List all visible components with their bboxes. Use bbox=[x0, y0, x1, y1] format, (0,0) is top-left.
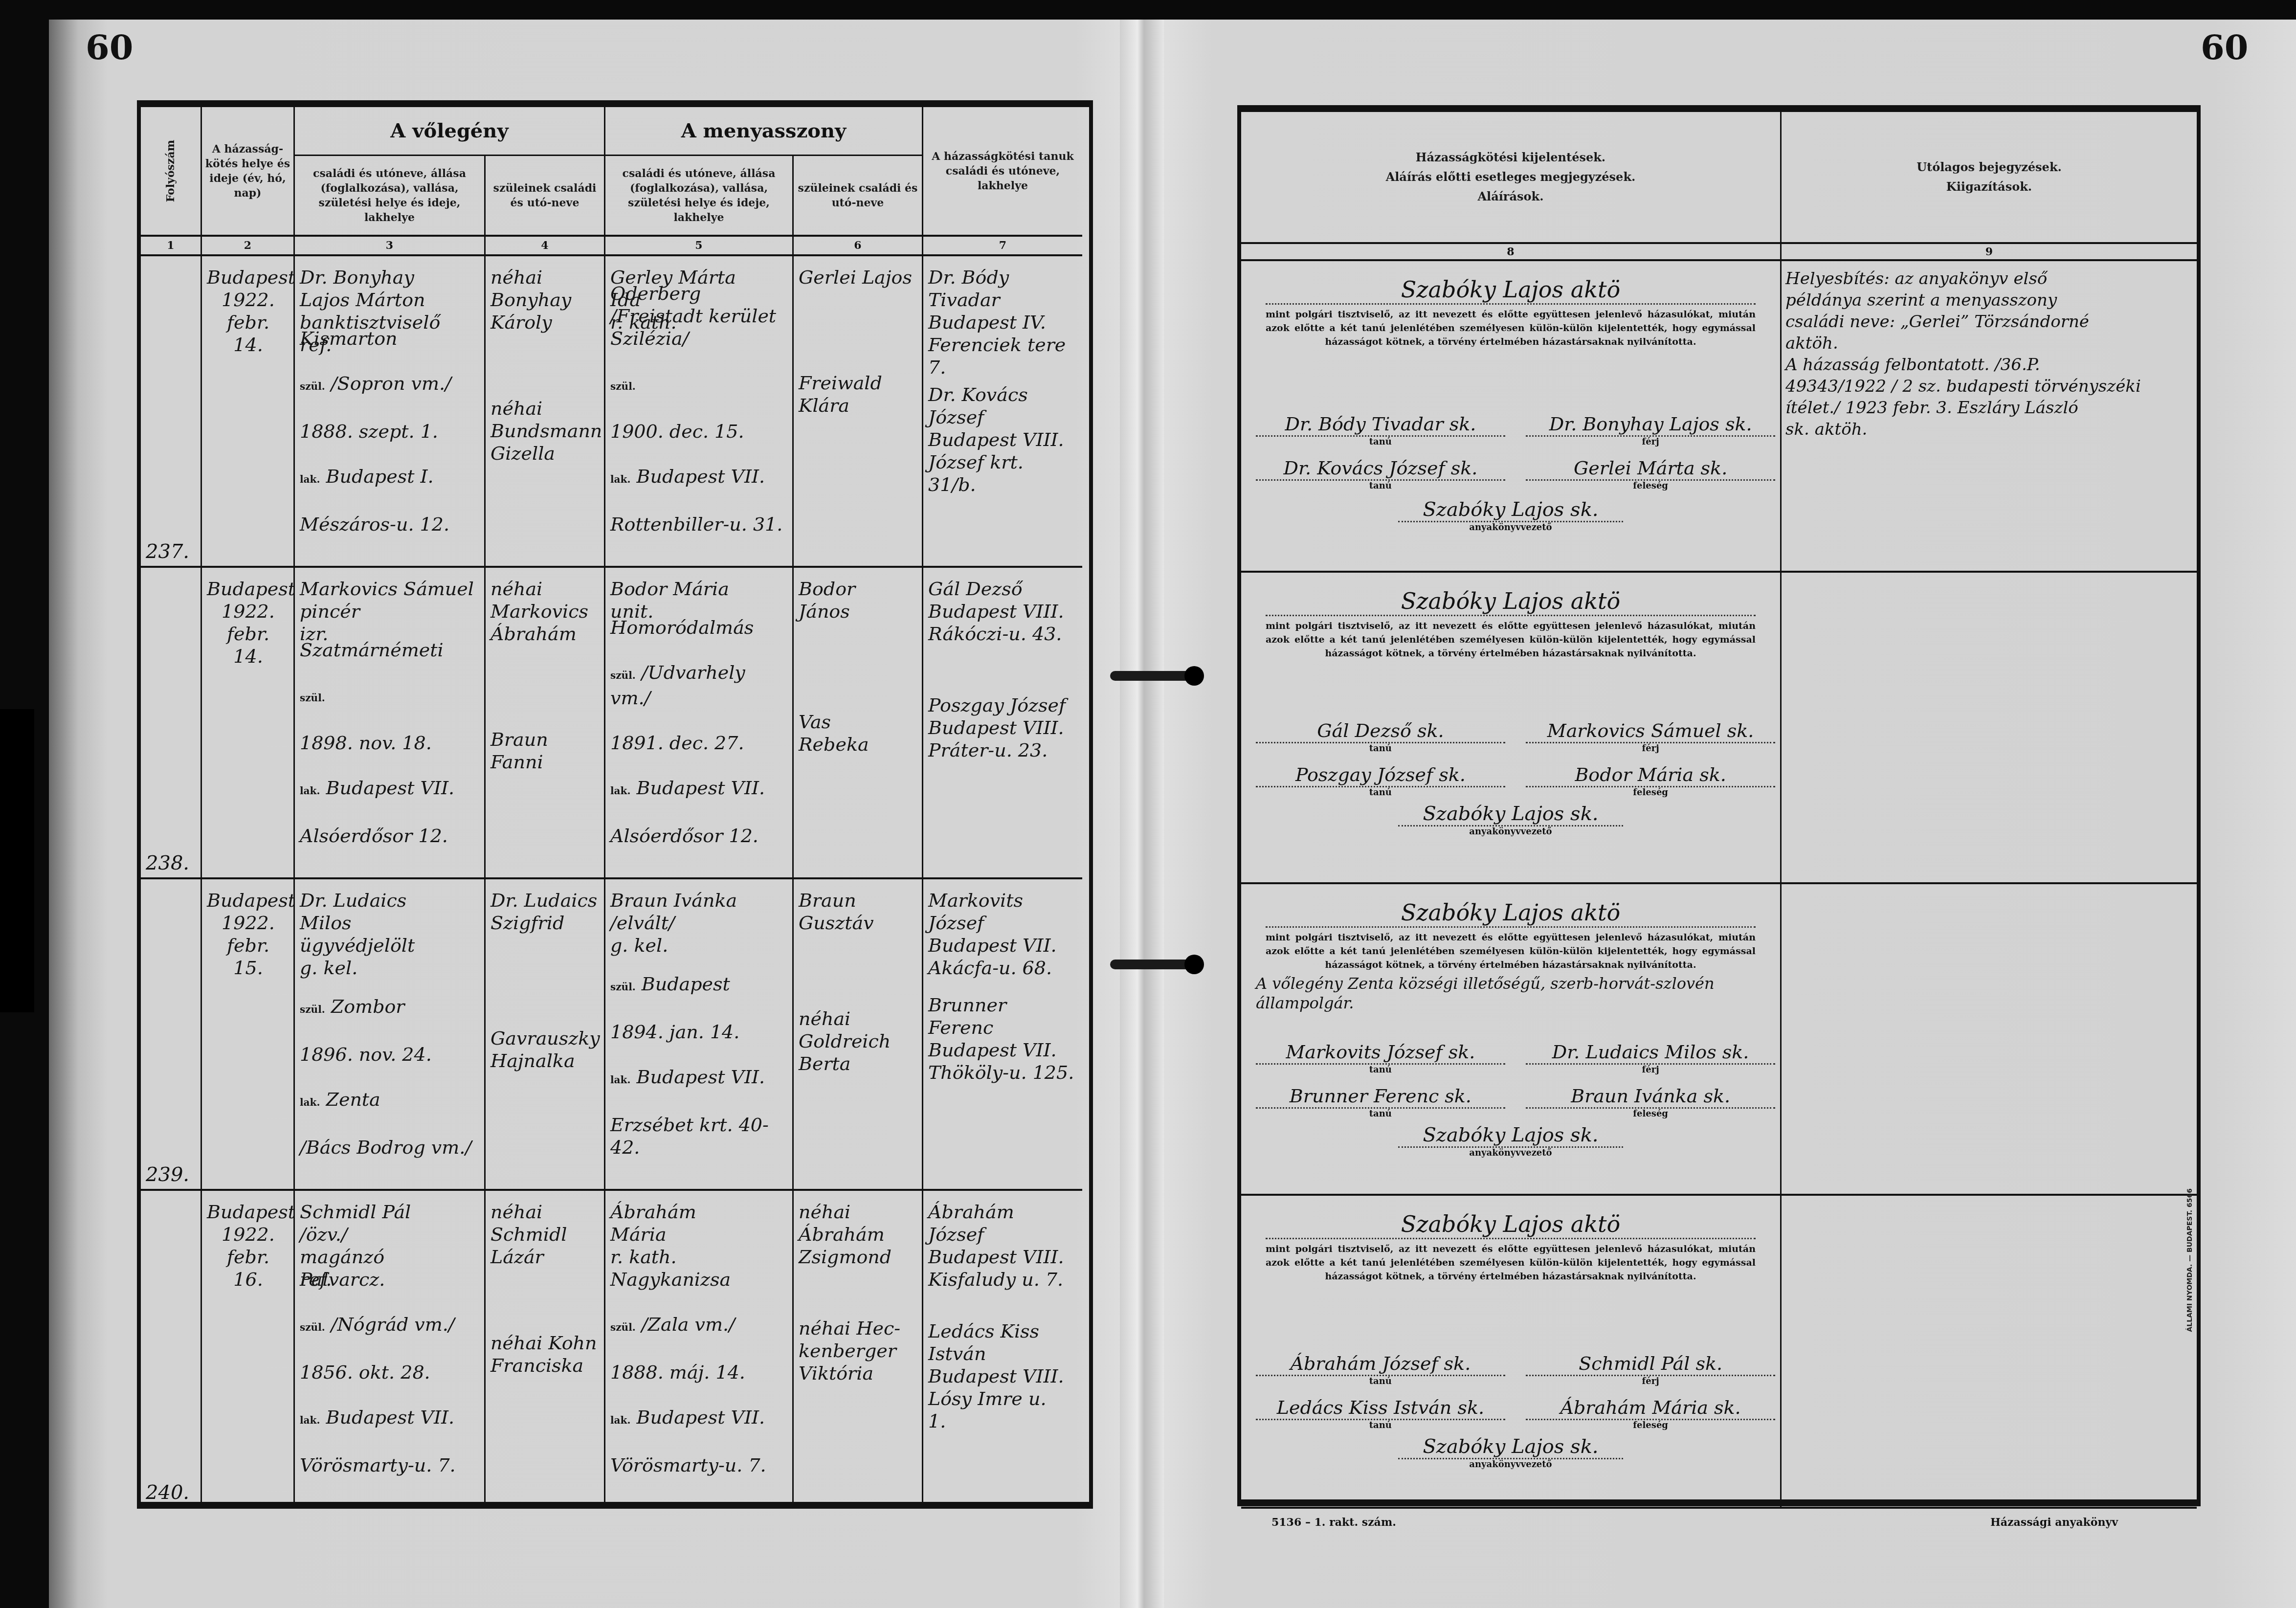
groom-details: Dr. Ludaics Milos ügyvédjelölt g. kel. s… bbox=[295, 879, 486, 1191]
header-declarations: Házasságkötési kijelentések. Aláírás elő… bbox=[1241, 112, 1782, 244]
bride-birth-residence: Oderberg /Freistadt kerület Szilézia/ sz… bbox=[610, 260, 789, 558]
header-place-date: A házasság-kötés helye és ideje (év, hó,… bbox=[202, 107, 295, 237]
groom-details: Dr. Bonyhay Lajos Márton banktisztviselő… bbox=[295, 256, 486, 568]
registrar-signature: Szabóky Lajos sk.anyakönyvvezető bbox=[1241, 1124, 1780, 1158]
bride-parents: néhai Ábrahám Zsigmond néhai Hec- kenber… bbox=[794, 1191, 923, 1509]
binding-thread-top bbox=[1110, 671, 1198, 681]
groom-father: Dr. Ludaics Szigfrid bbox=[486, 879, 604, 934]
bride-details: Gerley Márta Ida r. kath. Oderberg /Frei… bbox=[605, 256, 794, 568]
witness-signature: Markovits József sk.tanú bbox=[1256, 1041, 1505, 1075]
book-edge-shadow bbox=[0, 709, 34, 1012]
bride-mother: néhai Hec- kenberger Viktória bbox=[794, 1268, 922, 1385]
bride-mother: néhai Goldreich Berta bbox=[794, 934, 922, 1075]
entry-number-cell: 238. bbox=[141, 568, 202, 879]
groom-birth-residence: Palvarcz. szül. /Nógrád vm./ 1856. okt. … bbox=[300, 1246, 481, 1499]
witness-signature: Brunner Ferenc sk.tanú bbox=[1256, 1085, 1505, 1119]
registrar-signature: Szabóky Lajos sk.anyakönyvvezető bbox=[1241, 1435, 1780, 1470]
declaration-note: A vőlegény Zenta községi illetőségű, sze… bbox=[1256, 974, 1765, 1013]
groom-parents: néhai Bonyhay Károly néhai Bundsmann Giz… bbox=[486, 256, 605, 568]
column-number: 8 bbox=[1241, 244, 1782, 261]
bride-parents: Gerlei Lajos Freiwald Klára bbox=[794, 256, 923, 568]
header-bride-title: A menyasszony bbox=[605, 107, 922, 156]
header-bride-parents: szüleinek családi és utó-neve bbox=[794, 156, 922, 235]
witness-1: Ábrahám József Budapest VIII. Kisfaludy … bbox=[923, 1191, 1082, 1291]
witness-2: Dr. Kovács József Budapest VIII. József … bbox=[923, 379, 1082, 496]
entry-number-cell: 240. bbox=[141, 1191, 202, 1509]
header-witnesses: A házasságkötési tanuk családi és utónev… bbox=[923, 107, 1082, 237]
place-date: Budapest 1922. febr. 16. bbox=[202, 1191, 295, 1509]
column-number: 5 bbox=[605, 237, 794, 256]
officer-name: Szabóky Lajos aktö bbox=[1266, 1210, 1756, 1239]
entry-number: 239. bbox=[146, 1163, 189, 1186]
groom-mother: néhai Kohn Franciska bbox=[486, 1268, 604, 1377]
declaration-text: mint polgári tisztviselő, az itt nevezet… bbox=[1266, 308, 1756, 349]
witness-2: Poszgay József Budapest VIII. Práter-u. … bbox=[923, 645, 1082, 761]
groom-parents: néhai Markovics Ábrahám Braun Fanni bbox=[486, 568, 605, 879]
later-entry: Helyesbítés: az anyakönyv első példánya … bbox=[1782, 261, 2197, 573]
header-groom-parents: szüleinek családi és utó-neve bbox=[486, 156, 604, 235]
bride-name-religion: Braun Ivánka /elvált/ g. kel. bbox=[605, 879, 792, 957]
groom-mother: Gavrauszky Hajnalka bbox=[486, 934, 604, 1072]
entry-number-cell: 239. bbox=[141, 879, 202, 1191]
column-number: 6 bbox=[794, 237, 923, 256]
officer-name: Szabóky Lajos aktö bbox=[1266, 899, 1756, 928]
groom-mother: Braun Fanni bbox=[486, 645, 604, 773]
officer-name: Szabóky Lajos aktö bbox=[1266, 276, 1756, 305]
declaration-text: mint polgári tisztviselő, az itt nevezet… bbox=[1266, 1242, 1756, 1283]
bride-father: Bodor János bbox=[794, 568, 922, 623]
book-title: Házassági anyakönyv bbox=[1990, 1516, 2118, 1529]
witnesses: Markovits József Budapest VII. Akácfa-u.… bbox=[923, 879, 1082, 1191]
header-groom-title: A vőlegény bbox=[295, 107, 604, 156]
witness-2: Ledács Kiss István Budapest VIII. Lósy I… bbox=[923, 1291, 1082, 1432]
declaration-text: mint polgári tisztviselő, az itt nevezet… bbox=[1266, 619, 1756, 660]
form-number: 5136 – 1. rakt. szám. bbox=[1271, 1516, 1396, 1529]
entry-number-cell: 237. bbox=[141, 256, 202, 568]
groom-mother: néhai Bundsmann Gizella bbox=[486, 334, 604, 465]
place-date: Budapest 1922. febr. 15. bbox=[202, 879, 295, 1191]
place-date: Budapest 1922. febr. 14. bbox=[202, 568, 295, 879]
groom-birth-residence: Kismarton szül. /Sopron vm./ 1888. szept… bbox=[300, 305, 481, 558]
marriage-register-table: Folyószám A házasság-kötés helye és idej… bbox=[137, 100, 1093, 1509]
witness-2: Brunner Ferenc Budapest VII. Thököly-u. … bbox=[923, 979, 1082, 1084]
bride-mother: Vas Rebeka bbox=[794, 623, 922, 756]
header-groom-group: A vőlegény családi és utóneve, állása (f… bbox=[295, 107, 605, 237]
header-groom-details: családi és utóneve, állása (foglalkozása… bbox=[295, 156, 486, 235]
witnesses: Gál Dezső Budapest VIII. Rákóczi-u. 43. … bbox=[923, 568, 1082, 879]
header-bride-group: A menyasszony családi és utóneve, állása… bbox=[605, 107, 923, 237]
husband-signature: Dr. Ludaics Milos sk.férj bbox=[1526, 1041, 1775, 1075]
bride-birth-residence: Homoródalmás szül. /Udvarhely vm./ 1891.… bbox=[610, 594, 789, 870]
column-number: 7 bbox=[923, 237, 1082, 256]
declaration-cell: Szabóky Lajos aktö mint polgári tisztvis… bbox=[1241, 261, 1782, 573]
column-number: 3 bbox=[295, 237, 486, 256]
groom-birth-residence: Szatmárnémeti szül. 1898. nov. 18. lak. … bbox=[300, 616, 481, 870]
groom-father: néhai Schmidl Lázár bbox=[486, 1191, 604, 1268]
witness-signature: Dr. Kovács József sk.tanú bbox=[1256, 457, 1505, 491]
later-entry bbox=[1782, 1196, 2197, 1509]
husband-signature: Dr. Bonyhay Lajos sk.férj bbox=[1526, 413, 1775, 447]
binding-thread-bottom bbox=[1110, 960, 1198, 969]
bride-details: Bodor Mária unit. Homoródalmás szül. /Ud… bbox=[605, 568, 794, 879]
witness-1: Gál Dezső Budapest VIII. Rákóczi-u. 43. bbox=[923, 568, 1082, 645]
husband-signature: Markovics Sámuel sk.férj bbox=[1526, 719, 1775, 754]
declaration-cell: Szabóky Lajos aktö mint polgári tisztvis… bbox=[1241, 1196, 1782, 1509]
book-gutter bbox=[1120, 20, 1164, 1608]
bride-parents: Bodor János Vas Rebeka bbox=[794, 568, 923, 879]
bride-birth-residence: szül. Budapest 1894. jan. 14. lak. Budap… bbox=[610, 950, 789, 1181]
page-number-right: 60 bbox=[2201, 27, 2248, 67]
groom-details: Schmidl Pál /özv./ magánzó ref. Palvarcz… bbox=[295, 1191, 486, 1509]
declaration-text: mint polgári tisztviselő, az itt nevezet… bbox=[1266, 931, 1756, 972]
bride-father: Braun Gusztáv bbox=[794, 879, 922, 934]
bride-father: Gerlei Lajos bbox=[794, 256, 922, 289]
wife-signature: Gerlei Márta sk.feleség bbox=[1526, 457, 1775, 491]
witness-1: Markovits József Budapest VII. Akácfa-u.… bbox=[923, 879, 1082, 979]
witness-signature: Ledács Kiss István sk.tanú bbox=[1256, 1396, 1505, 1430]
wife-signature: Braun Ivánka sk.feleség bbox=[1526, 1085, 1775, 1119]
bride-father: néhai Ábrahám Zsigmond bbox=[794, 1191, 922, 1268]
groom-details: Markovics Sámuel pincér izr. Szatmárnéme… bbox=[295, 568, 486, 879]
column-number: 1 bbox=[141, 237, 202, 256]
witness-signature: Dr. Bódy Tivadar sk.tanú bbox=[1256, 413, 1505, 447]
witnesses: Dr. Bódy Tivadar Budapest IV. Ferenciek … bbox=[923, 256, 1082, 568]
declaration-cell: Szabóky Lajos aktö mint polgári tisztvis… bbox=[1241, 573, 1782, 884]
bride-mother: Freiwald Klára bbox=[794, 289, 922, 417]
witnesses: Ábrahám József Budapest VIII. Kisfaludy … bbox=[923, 1191, 1082, 1509]
bride-details: Ábrahám Mária r. kath. Nagykanizsa szül.… bbox=[605, 1191, 794, 1509]
groom-parents: Dr. Ludaics Szigfrid Gavrauszky Hajnalka bbox=[486, 879, 605, 1191]
column-number: 4 bbox=[486, 237, 605, 256]
husband-signature: Schmidl Pál sk.férj bbox=[1526, 1352, 1775, 1386]
groom-parents: néhai Schmidl Lázár néhai Kohn Franciska bbox=[486, 1191, 605, 1509]
officer-name: Szabóky Lajos aktö bbox=[1266, 587, 1756, 616]
witness-signature: Ábrahám József sk.tanú bbox=[1256, 1352, 1505, 1386]
wife-signature: Bodor Mária sk.feleség bbox=[1526, 763, 1775, 798]
registrar-signature: Szabóky Lajos sk.anyakönyvvezető bbox=[1241, 803, 1780, 837]
groom-name-occupation: Dr. Ludaics Milos ügyvédjelölt g. kel. bbox=[295, 879, 484, 979]
column-number: 2 bbox=[202, 237, 295, 256]
groom-father: néhai Bonyhay Károly bbox=[486, 256, 604, 334]
witness-1: Dr. Bódy Tivadar Budapest IV. Ferenciek … bbox=[923, 256, 1082, 379]
page-number-left: 60 bbox=[86, 27, 133, 67]
header-serial-number: Folyószám bbox=[141, 107, 202, 237]
header-later-entries: Utólagos bejegyzések. Kiigazítások. bbox=[1782, 112, 2197, 244]
entry-number: 238. bbox=[146, 852, 189, 874]
place-date: Budapest 1922. febr. 14. bbox=[202, 256, 295, 568]
groom-father: néhai Markovics Ábrahám bbox=[486, 568, 604, 645]
column-number: 9 bbox=[1782, 244, 2197, 261]
header-bride-details: családi és utóneve, állása (foglalkozása… bbox=[605, 156, 794, 235]
witness-signature: Poszgay József sk.tanú bbox=[1256, 763, 1505, 798]
declaration-cell: Szabóky Lajos aktö mint polgári tisztvis… bbox=[1241, 884, 1782, 1196]
wife-signature: Ábrahám Mária sk.feleség bbox=[1526, 1396, 1775, 1430]
entry-number: 237. bbox=[146, 540, 189, 563]
witness-signature: Gál Dezső sk.tanú bbox=[1256, 719, 1505, 754]
bride-birth-residence: Nagykanizsa szül. /Zala vm./ 1888. máj. … bbox=[610, 1246, 789, 1499]
registrar-signature: Szabóky Lajos sk.anyakönyvvezető bbox=[1241, 498, 1780, 533]
later-entry bbox=[1782, 573, 2197, 884]
groom-birth-residence: szül. Zombor 1896. nov. 24. lak. Zenta /… bbox=[300, 973, 481, 1181]
bride-parents: Braun Gusztáv néhai Goldreich Berta bbox=[794, 879, 923, 1191]
entry-number: 240. bbox=[146, 1481, 189, 1504]
bride-details: Braun Ivánka /elvált/ g. kel. szül. Buda… bbox=[605, 879, 794, 1191]
declarations-table: Házasságkötési kijelentések. Aláírás elő… bbox=[1237, 105, 2201, 1506]
printer-imprint: ÁLLAMI NYOMDA. — BUDAPEST. 6566 bbox=[2186, 1188, 2194, 1332]
later-entry bbox=[1782, 884, 2197, 1196]
